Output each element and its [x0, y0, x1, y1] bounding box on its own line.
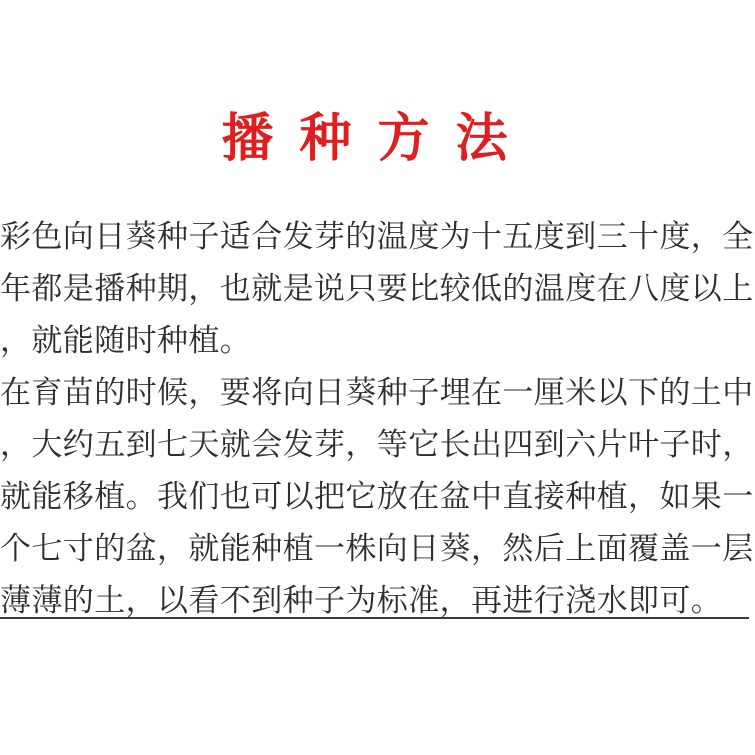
text-line: 个七寸的盆，就能种植一株向日葵，然后上面覆盖一层: [0, 523, 755, 575]
paragraph-seedling-planting: 在育苗的时候，要将向日葵种子埋在一厘米以下的土中 ，大约五到七天就会发芽，等它长…: [0, 367, 755, 627]
page-title: 播种方法: [0, 0, 755, 170]
text-line: 彩色向日葵种子适合发芽的温度为十五度到三十度，全: [0, 211, 755, 263]
paragraph-sowing-temperature: 彩色向日葵种子适合发芽的温度为十五度到三十度，全 年都是播种期，也就是说只要比较…: [0, 211, 755, 367]
text-line: ，大约五到七天就会发芽，等它长出四到六片叶子时，: [0, 419, 755, 471]
text-line: 薄薄的土，以看不到种子为标准，再进行浇水即可。: [0, 575, 755, 627]
text-line: 就能移植。我们也可以把它放在盆中直接种植，如果一: [0, 471, 755, 523]
text-line: 年都是播种期，也就是说只要比较低的温度在八度以上: [0, 263, 755, 315]
body-text: 彩色向日葵种子适合发芽的温度为十五度到三十度，全 年都是播种期，也就是说只要比较…: [0, 211, 755, 627]
text-line: ，就能随时种植。: [0, 315, 755, 367]
bottom-divider-line: [0, 617, 749, 619]
document-page: 播种方法 彩色向日葵种子适合发芽的温度为十五度到三十度，全 年都是播种期，也就是…: [0, 0, 755, 755]
text-line: 在育苗的时候，要将向日葵种子埋在一厘米以下的土中: [0, 367, 755, 419]
